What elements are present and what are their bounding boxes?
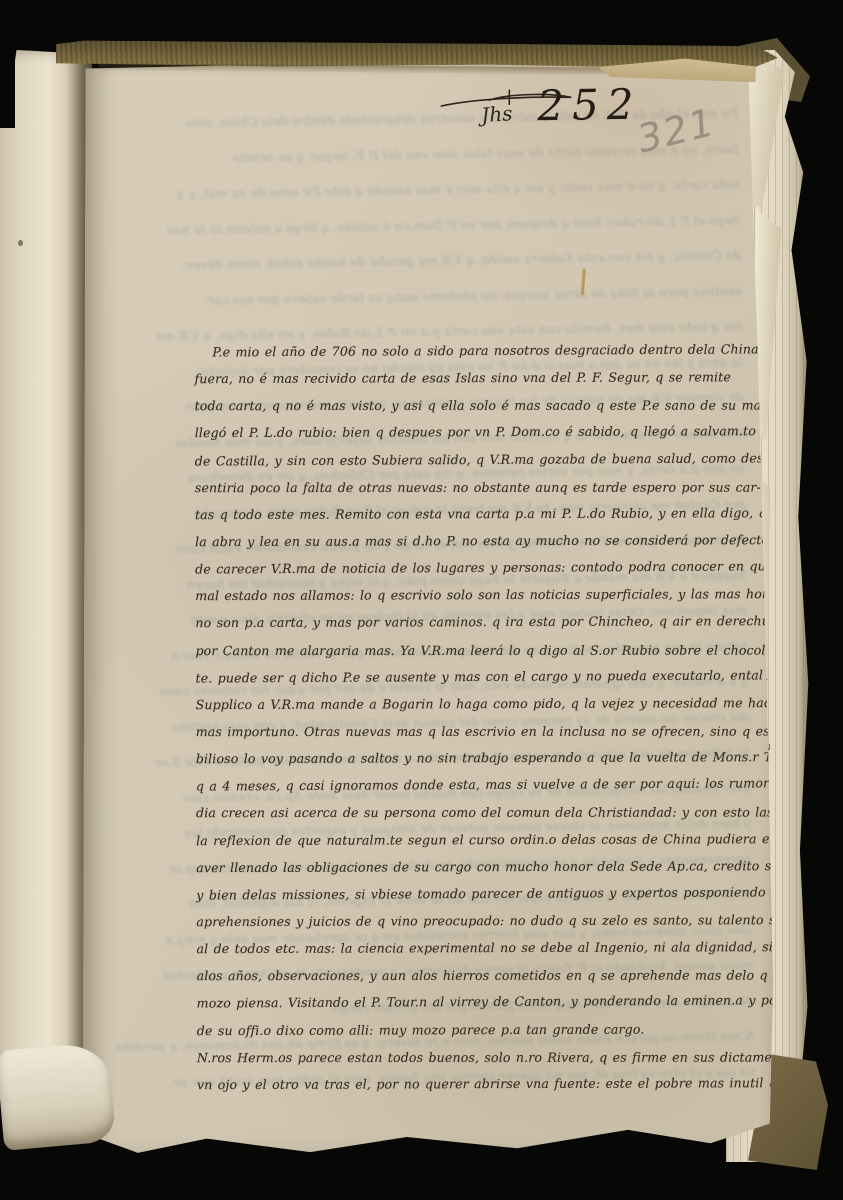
curled-paper-corner <box>0 1041 116 1150</box>
manuscript-line: de su offi.o dixo como alli: muy mozo pa… <box>197 1021 771 1050</box>
manuscript-line: Supplico a V.R.ma mande a Bogarin lo hag… <box>196 695 770 724</box>
pencil-foliation: 321 <box>633 100 720 162</box>
fiber-stain <box>581 268 586 295</box>
folio-number: 252 <box>537 80 642 131</box>
manuscript-line: tas q todo este mes. Remito con esta vna… <box>195 505 769 534</box>
left-page-curl <box>0 50 92 1080</box>
manuscript-line: fuera, no é mas recivido carta de esas I… <box>194 369 768 398</box>
manuscript-line: llegó el P. L.do rubio: bien q despues p… <box>195 424 769 453</box>
ink-stain <box>18 240 23 246</box>
manuscript-line: y bien delas missiones, si vbiese tomado… <box>196 884 770 914</box>
manuscript-line: de carecer V.R.ma de noticia de los luga… <box>195 558 769 588</box>
manuscript-line: q a 4 meses, q casi ignoramos donde esta… <box>196 776 770 806</box>
manuscript-line: la reflexion de que naturalm.te segun el… <box>196 831 770 860</box>
manuscript-photo: caacf) P.e mio el año de 706 no solo a s… <box>0 0 843 1200</box>
manuscript-line: mas importuno. Otras nuevas mas q las es… <box>196 724 770 752</box>
manuscript-line: dia crecen asi acerca de su persona como… <box>196 805 770 833</box>
manuscript-line: vn ojo y el otro va tras el, por no quer… <box>197 1075 771 1104</box>
letter-text-block: P.e mio el año de 706 no solo a sido par… <box>194 342 771 1104</box>
manuscript-line: bilioso lo voy pasando a saltos y no sin… <box>196 749 770 778</box>
background-notch <box>0 44 15 128</box>
manuscript-line: al de todos etc. mas: la ciencia experim… <box>196 939 770 968</box>
manuscript-line: sentiria poco la falta de otras nuevas: … <box>195 479 769 507</box>
verso-ghost-line: llegó el P. L.do rubio: bien q despues p… <box>85 213 741 260</box>
ihs-monogram: Jhs <box>481 101 514 127</box>
manuscript-line: aver llenado las obligaciones de su carg… <box>196 858 770 887</box>
manuscript-line: mozo piensa. Visitando el P. Tour.n al v… <box>197 993 771 1023</box>
verso-ghost-line: de Castilla, y sin con esto Subiera sali… <box>86 248 742 295</box>
manuscript-page: P.e mio el año de 706 no solo a sido par… <box>83 53 776 1159</box>
manuscript-line: aprehensiones y juicios de q vino preocu… <box>196 912 770 941</box>
verso-ghost-line: sentiria poco la falta de otras nuevas: … <box>87 284 743 331</box>
manuscript-line: de Castilla, y sin con esto Subiera sali… <box>195 450 769 480</box>
manuscript-line: por Canton me alargaria mas. Ya V.R.ma l… <box>195 642 769 670</box>
manuscript-line: P.e mio el año de 706 no solo a sido par… <box>194 341 768 371</box>
manuscript-line: te. puede ser q dicho P.e se ausente y m… <box>195 667 769 697</box>
manuscript-line: N.ros Herm.os parece estan todos buenos,… <box>197 1049 771 1077</box>
manuscript-line: alos años, observaciones, y aun alos hie… <box>197 968 771 996</box>
verso-ghost-line: toda carta, q no é mas visto, y asi q el… <box>85 177 741 224</box>
manuscript-line: no son p.a carta, y mas por varios camin… <box>195 614 769 643</box>
manuscript-line: la abra y lea en su aus.a mas si d.ho P.… <box>195 532 769 561</box>
manuscript-line: mal estado nos allamos: lo q escrivio so… <box>195 586 769 615</box>
manuscript-line: toda carta, q no é mas visto, y asi q el… <box>195 398 769 426</box>
